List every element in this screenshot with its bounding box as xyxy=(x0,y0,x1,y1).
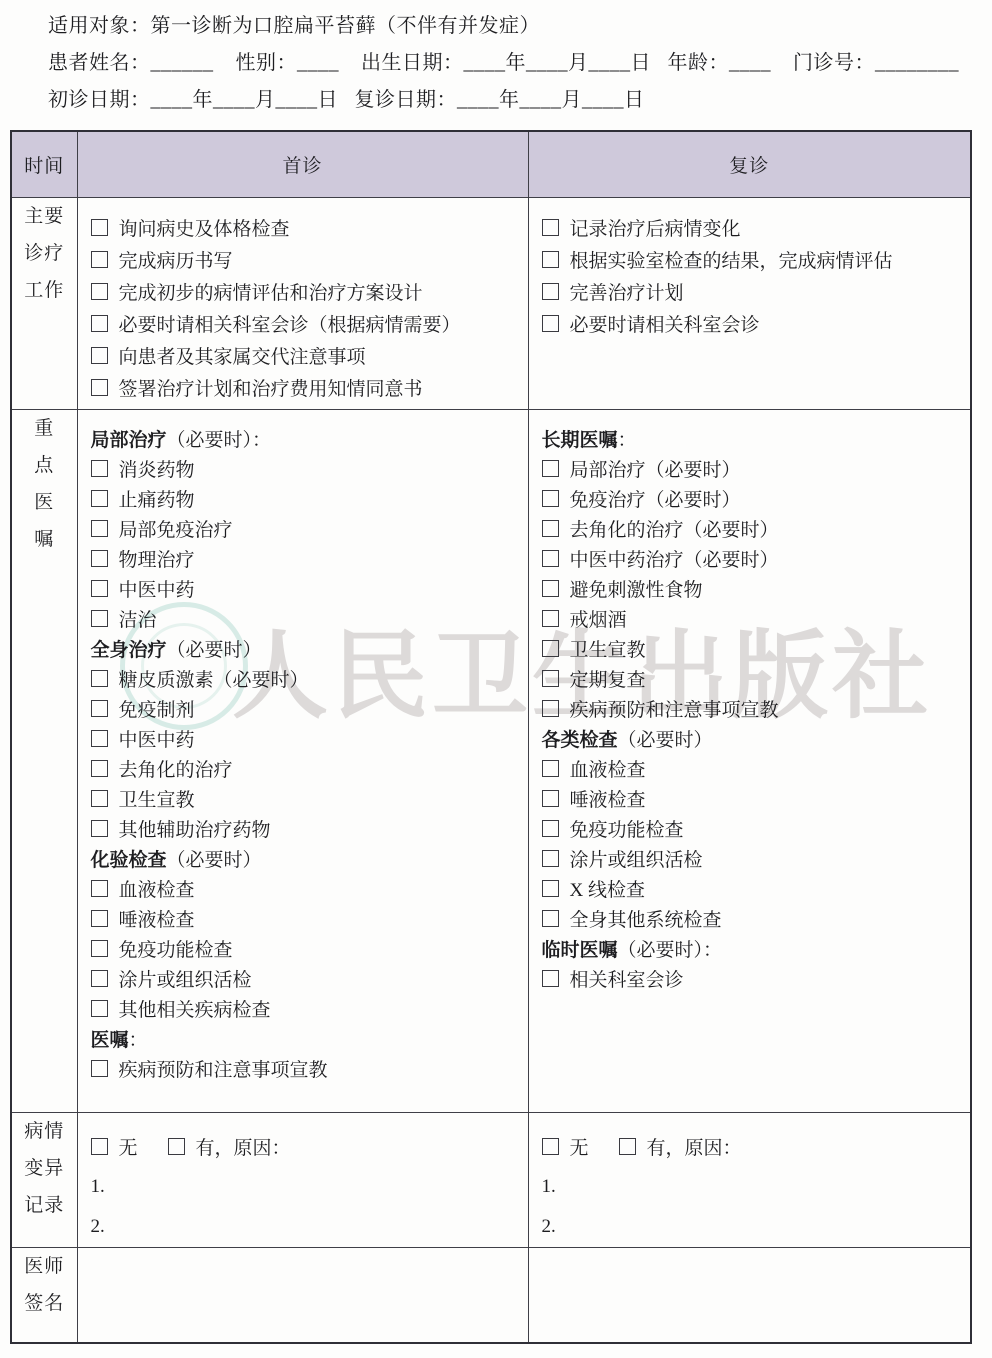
group-heading: 医嘱： xyxy=(91,1024,520,1054)
item-label: 卫生宣教 xyxy=(119,785,195,812)
item-label: 洁治 xyxy=(119,605,157,632)
checklist-item: 血液检查 xyxy=(91,874,520,904)
checkbox[interactable] xyxy=(542,820,559,837)
checkbox[interactable] xyxy=(542,315,559,332)
checkbox[interactable] xyxy=(91,700,108,717)
checkbox[interactable] xyxy=(542,790,559,807)
item-label: 必要时请相关科室会诊 xyxy=(570,310,760,337)
checklist-item: 无 xyxy=(542,1133,589,1160)
followup-cell-main-work: 记录治疗后病情变化根据实验室检查的结果，完成病情评估完善治疗计划必要时请相关科室… xyxy=(528,197,971,409)
checklist-item: 有，原因： xyxy=(619,1133,742,1160)
checkbox[interactable] xyxy=(542,283,559,300)
checkbox[interactable] xyxy=(542,700,559,717)
checkbox[interactable] xyxy=(91,490,108,507)
item-label: 消炎药物 xyxy=(119,455,195,482)
followup-cell-variation: 无有，原因：1.2. xyxy=(528,1112,971,1247)
followup-cell-key-orders: 长期医嘱：局部治疗（必要时）免疫治疗（必要时）去角化的治疗（必要时）中医中药治疗… xyxy=(528,409,971,1112)
item-label: 避免刺激性食物 xyxy=(570,575,703,602)
item-label: 其他辅助治疗药物 xyxy=(119,815,271,842)
checklist-item: 记录治疗后病情变化 xyxy=(542,212,963,244)
checkbox[interactable] xyxy=(542,880,559,897)
checkbox[interactable] xyxy=(542,970,559,987)
item-label: 中医中药 xyxy=(119,725,195,752)
row-label-sign: 医师签名 xyxy=(11,1247,77,1343)
checkbox[interactable] xyxy=(542,520,559,537)
checkbox[interactable] xyxy=(91,580,108,597)
checkbox[interactable] xyxy=(542,550,559,567)
checkbox[interactable] xyxy=(91,520,108,537)
checkbox[interactable] xyxy=(542,490,559,507)
item-label: 无 xyxy=(119,1133,138,1160)
checkbox[interactable] xyxy=(91,820,108,837)
checkbox[interactable] xyxy=(91,219,108,236)
item-label: 向患者及其家属交代注意事项 xyxy=(119,342,366,369)
checklist-item: 相关科室会诊 xyxy=(542,964,963,994)
row-label-text: 签名 xyxy=(12,1285,77,1322)
numbered-blank-line: 2. xyxy=(542,1207,963,1247)
column-header-first-visit: 首诊 xyxy=(77,131,528,197)
checklist-item: 必要时请相关科室会诊（根据病情需要） xyxy=(91,308,520,340)
item-label: 去角化的治疗 xyxy=(119,755,233,782)
checklist-item: 签署治疗计划和治疗费用知情同意书 xyxy=(91,372,520,404)
checklist-item: 卫生宣教 xyxy=(542,634,963,664)
item-label: 完成初步的病情评估和治疗方案设计 xyxy=(119,278,423,305)
checklist-item: 涂片或组织活检 xyxy=(542,844,963,874)
row-label-text: 医师 xyxy=(12,1248,77,1285)
table-row-main-work: 主要诊疗工作询问病史及体格检查完成病历书写完成初步的病情评估和治疗方案设计必要时… xyxy=(11,197,971,409)
checklist-item: 免疫功能检查 xyxy=(542,814,963,844)
checkbox[interactable] xyxy=(91,730,108,747)
checklist-item: 洁治 xyxy=(91,604,520,634)
checklist-item: 避免刺激性食物 xyxy=(542,574,963,604)
row-label-main-work: 主要诊疗工作 xyxy=(11,197,77,409)
item-label: 无 xyxy=(570,1133,589,1160)
item-label: 戒烟酒 xyxy=(570,605,627,632)
checkbox[interactable] xyxy=(542,760,559,777)
visit-dates-line: 初诊日期：____年____月____日 复诊日期：____年____月____… xyxy=(48,82,959,119)
checkbox[interactable] xyxy=(91,347,108,364)
checkbox[interactable] xyxy=(91,315,108,332)
checkbox[interactable] xyxy=(91,670,108,687)
checkbox[interactable] xyxy=(542,670,559,687)
checklist-item: 完成病历书写 xyxy=(91,244,520,276)
table-row-variation: 病情变异记录无有，原因：1.2.无有，原因：1.2. xyxy=(11,1112,971,1247)
row-label-text: 点 xyxy=(12,447,77,484)
checklist-item: 去角化的治疗（必要时） xyxy=(542,514,963,544)
row-label-text: 医 xyxy=(12,484,77,521)
numbered-blank-line: 2. xyxy=(91,1207,520,1247)
checkbox[interactable] xyxy=(619,1138,636,1155)
checkbox[interactable] xyxy=(91,283,108,300)
item-label: 止痛药物 xyxy=(119,485,195,512)
checklist-item: 免疫治疗（必要时） xyxy=(542,484,963,514)
item-label: 相关科室会诊 xyxy=(570,965,684,992)
item-label: 免疫制剂 xyxy=(119,695,195,722)
checklist-item: 中医中药 xyxy=(91,724,520,754)
group-heading: 各类检查（必要时） xyxy=(542,724,963,754)
checklist-item: 唾液检查 xyxy=(91,904,520,934)
item-label: 全身其他系统检查 xyxy=(570,905,722,932)
checklist-item: 糖皮质激素（必要时） xyxy=(91,664,520,694)
checklist-item: 血液检查 xyxy=(542,754,963,784)
item-label: 血液检查 xyxy=(570,755,646,782)
item-label: 中医中药治疗（必要时） xyxy=(570,545,779,572)
variation-choice-line: 无有，原因： xyxy=(91,1127,520,1167)
checkbox[interactable] xyxy=(91,880,108,897)
checklist-item: 涂片或组织活检 xyxy=(91,964,520,994)
row-label-variation: 病情变异记录 xyxy=(11,1112,77,1247)
row-label-text: 诊疗 xyxy=(12,235,77,272)
checkbox[interactable] xyxy=(91,1060,108,1077)
item-label: 完成病历书写 xyxy=(119,246,233,273)
checkbox[interactable] xyxy=(542,460,559,477)
row-label-text: 病情 xyxy=(12,1113,77,1150)
checklist-item: 免疫制剂 xyxy=(91,694,520,724)
item-label: 有，原因： xyxy=(196,1133,291,1160)
item-label: 糖皮质激素（必要时） xyxy=(119,665,309,692)
item-label: 记录治疗后病情变化 xyxy=(570,214,741,241)
checkbox[interactable] xyxy=(91,460,108,477)
checkbox[interactable] xyxy=(542,910,559,927)
checkbox[interactable] xyxy=(91,379,108,396)
checkbox[interactable] xyxy=(91,940,108,957)
checkbox[interactable] xyxy=(542,580,559,597)
checklist-item: 戒烟酒 xyxy=(542,604,963,634)
column-header-followup: 复诊 xyxy=(528,131,971,197)
item-label: 唾液检查 xyxy=(570,785,646,812)
table-row-sign: 医师签名 xyxy=(11,1247,971,1343)
item-label: 完善治疗计划 xyxy=(570,278,684,305)
checklist-item: 询问病史及体格检查 xyxy=(91,212,520,244)
checklist-item: 疾病预防和注意事项宣教 xyxy=(91,1054,520,1084)
item-label: 疾病预防和注意事项宣教 xyxy=(119,1055,328,1082)
checklist-item: 免疫功能检查 xyxy=(91,934,520,964)
row-label-text: 重 xyxy=(12,410,77,447)
checkbox[interactable] xyxy=(542,219,559,236)
item-label: 物理治疗 xyxy=(119,545,195,572)
item-label: 涂片或组织活检 xyxy=(570,845,703,872)
checklist-item: 无 xyxy=(91,1133,138,1160)
applicable-target-line: 适用对象：第一诊断为口腔扁平苔藓（不伴有并发症） xyxy=(48,8,959,45)
checklist-item: 局部免疫治疗 xyxy=(91,514,520,544)
document-header: 适用对象：第一诊断为口腔扁平苔藓（不伴有并发症） 患者姓名：______ 性别：… xyxy=(48,8,959,119)
row-label-text: 嘱 xyxy=(12,521,77,558)
first-visit-cell-main-work: 询问病史及体格检查完成病历书写完成初步的病情评估和治疗方案设计必要时请相关科室会… xyxy=(77,197,528,409)
checklist-item: 完成初步的病情评估和治疗方案设计 xyxy=(91,276,520,308)
numbered-blank-line: 1. xyxy=(91,1167,520,1207)
item-label: 局部治疗（必要时） xyxy=(570,455,741,482)
checklist-item: 物理治疗 xyxy=(91,544,520,574)
item-label: 签署治疗计划和治疗费用知情同意书 xyxy=(119,374,423,401)
checklist-item: 根据实验室检查的结果，完成病情评估 xyxy=(542,244,963,276)
checklist-item: 卫生宣教 xyxy=(91,784,520,814)
checklist-item: 中医中药治疗（必要时） xyxy=(542,544,963,574)
checkbox[interactable] xyxy=(91,1000,108,1017)
item-label: 根据实验室检查的结果，完成病情评估 xyxy=(570,246,893,273)
item-label: 免疫功能检查 xyxy=(119,935,233,962)
item-label: 定期复查 xyxy=(570,665,646,692)
checkbox[interactable] xyxy=(91,760,108,777)
checklist-item: 中医中药 xyxy=(91,574,520,604)
checkbox[interactable] xyxy=(542,640,559,657)
item-label: 免疫功能检查 xyxy=(570,815,684,842)
item-label: 免疫治疗（必要时） xyxy=(570,485,741,512)
checkbox[interactable] xyxy=(91,251,108,268)
checkbox[interactable] xyxy=(91,550,108,567)
checkbox[interactable] xyxy=(542,610,559,627)
group-heading: 局部治疗（必要时）： xyxy=(91,424,520,454)
checklist-item: 定期复查 xyxy=(542,664,963,694)
checkbox[interactable] xyxy=(91,1138,108,1155)
item-label: 有，原因： xyxy=(647,1133,742,1160)
first-visit-cell-variation: 无有，原因：1.2. xyxy=(77,1112,528,1247)
item-label: 局部免疫治疗 xyxy=(119,515,233,542)
item-label: 其他相关疾病检查 xyxy=(119,995,271,1022)
item-label: 卫生宣教 xyxy=(570,635,646,662)
item-label: 涂片或组织活检 xyxy=(119,965,252,992)
checklist-item: X 线检查 xyxy=(542,874,963,904)
item-label: 唾液检查 xyxy=(119,905,195,932)
clinical-pathway-table: 时间 首诊 复诊 主要诊疗工作询问病史及体格检查完成病历书写完成初步的病情评估和… xyxy=(10,130,972,1344)
checklist-item: 全身其他系统检查 xyxy=(542,904,963,934)
checkbox[interactable] xyxy=(542,850,559,867)
checkbox[interactable] xyxy=(168,1138,185,1155)
row-label-text: 记录 xyxy=(12,1187,77,1224)
item-label: X 线检查 xyxy=(570,875,645,902)
table-header-row: 时间 首诊 复诊 xyxy=(11,131,971,197)
checkbox[interactable] xyxy=(91,910,108,927)
item-label: 询问病史及体格检查 xyxy=(119,214,290,241)
checklist-item: 唾液检查 xyxy=(542,784,963,814)
checklist-item: 去角化的治疗 xyxy=(91,754,520,784)
group-heading: 化验检查（必要时） xyxy=(91,844,520,874)
table-row-key-orders: 重点医嘱局部治疗（必要时）：消炎药物止痛药物局部免疫治疗物理治疗中医中药洁治全身… xyxy=(11,409,971,1112)
row-label-text: 变异 xyxy=(12,1150,77,1187)
item-label: 疾病预防和注意事项宣教 xyxy=(570,695,779,722)
checkbox[interactable] xyxy=(542,251,559,268)
first-visit-cell-key-orders: 局部治疗（必要时）：消炎药物止痛药物局部免疫治疗物理治疗中医中药洁治全身治疗（必… xyxy=(77,409,528,1112)
item-label: 去角化的治疗（必要时） xyxy=(570,515,779,542)
item-label: 血液检查 xyxy=(119,875,195,902)
patient-info-line: 患者姓名：______ 性别：____ 出生日期：____年____月____日… xyxy=(48,45,959,82)
checkbox[interactable] xyxy=(91,790,108,807)
item-label: 中医中药 xyxy=(119,575,195,602)
row-label-text: 主要 xyxy=(12,198,77,235)
group-heading: 全身治疗（必要时） xyxy=(91,634,520,664)
checklist-item: 局部治疗（必要时） xyxy=(542,454,963,484)
column-header-time: 时间 xyxy=(11,131,77,197)
numbered-blank-line: 1. xyxy=(542,1167,963,1207)
checklist-item: 向患者及其家属交代注意事项 xyxy=(91,340,520,372)
group-heading: 长期医嘱： xyxy=(542,424,963,454)
checkbox[interactable] xyxy=(542,1138,559,1155)
row-label-key-orders: 重点医嘱 xyxy=(11,409,77,1112)
checklist-item: 疾病预防和注意事项宣教 xyxy=(542,694,963,724)
checklist-item: 必要时请相关科室会诊 xyxy=(542,308,963,340)
checklist-item: 完善治疗计划 xyxy=(542,276,963,308)
item-label: 必要时请相关科室会诊（根据病情需要） xyxy=(119,310,461,337)
checklist-item: 其他相关疾病检查 xyxy=(91,994,520,1024)
checklist-item: 消炎药物 xyxy=(91,454,520,484)
row-label-text: 工作 xyxy=(12,272,77,309)
followup-cell-sign xyxy=(528,1247,971,1343)
checklist-item: 止痛药物 xyxy=(91,484,520,514)
group-heading: 临时医嘱（必要时）： xyxy=(542,934,963,964)
checklist-item: 其他辅助治疗药物 xyxy=(91,814,520,844)
checkbox[interactable] xyxy=(91,610,108,627)
checkbox[interactable] xyxy=(91,970,108,987)
variation-choice-line: 无有，原因： xyxy=(542,1127,963,1167)
first-visit-cell-sign xyxy=(77,1247,528,1343)
checklist-item: 有，原因： xyxy=(168,1133,291,1160)
